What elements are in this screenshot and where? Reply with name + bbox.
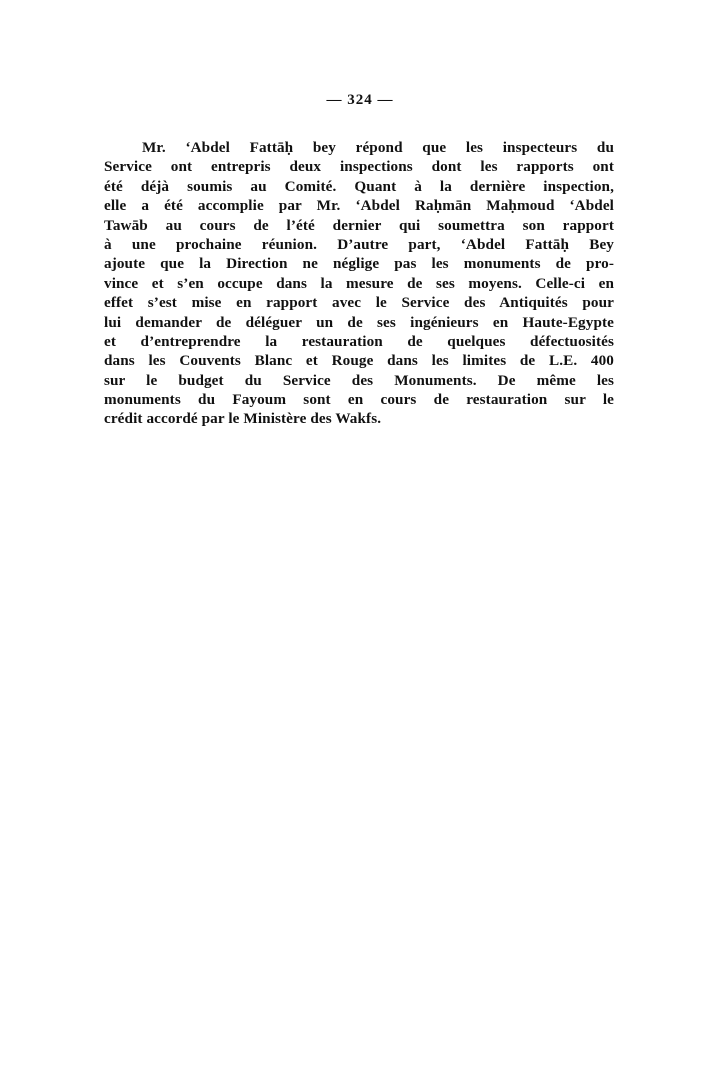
text-line: vince et s’en occupe dans la mesure de s…	[104, 274, 614, 293]
page-number: — 324 —	[0, 92, 720, 109]
text-line: crédit accordé par le Ministère des Wakf…	[104, 409, 614, 428]
text-line: ajoute que la Direction ne néglige pas l…	[104, 254, 614, 273]
text-line: et d’entreprendre la restauration de que…	[104, 332, 614, 351]
text-line: effet s’est mise en rapport avec le Serv…	[104, 293, 614, 312]
text-line: sur le budget du Service des Monuments. …	[104, 371, 614, 390]
text-line: été déjà soumis au Comité. Quant à la de…	[104, 177, 614, 196]
text-line: à une prochaine réunion. D’autre part, ‘…	[104, 235, 614, 254]
text-line: Tawāb au cours de l’été dernier qui soum…	[104, 216, 614, 235]
text-line: elle a été accomplie par Mr. ‘Abdel Raḥm…	[104, 196, 614, 215]
text-line: Mr. ‘Abdel Fattāḥ bey répond que les ins…	[104, 138, 614, 157]
text-line: dans les Couvents Blanc et Rouge dans le…	[104, 351, 614, 370]
text-line: monuments du Fayoum sont en cours de res…	[104, 390, 614, 409]
text-line: lui demander de déléguer un de ses ingén…	[104, 313, 614, 332]
text-line: Service ont entrepris deux inspections d…	[104, 157, 614, 176]
body-paragraph: Mr. ‘Abdel Fattāḥ bey répond que les ins…	[104, 138, 614, 429]
